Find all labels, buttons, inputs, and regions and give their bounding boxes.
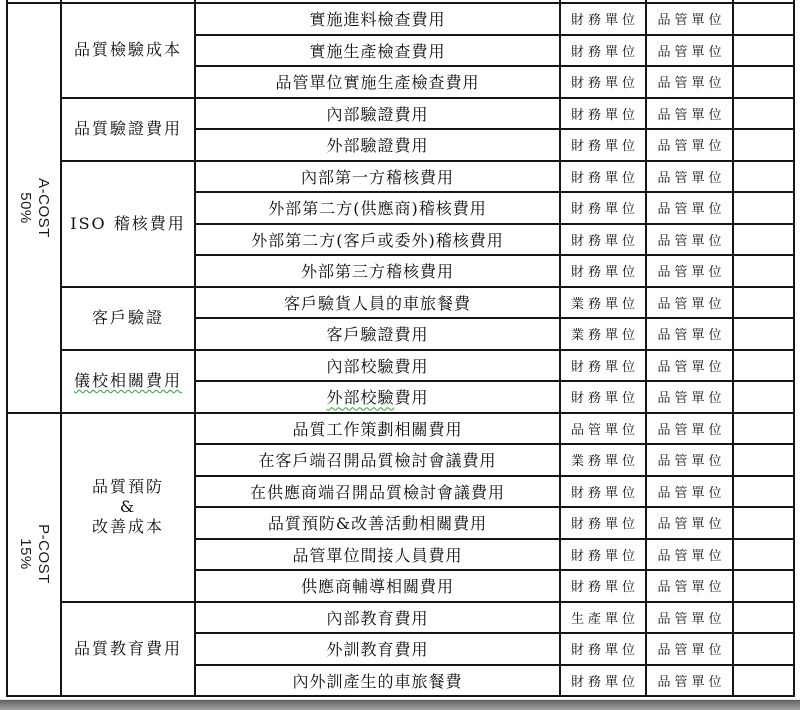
category-label-line: 品質預防 — [62, 477, 194, 497]
remark-cell-empty — [733, 192, 794, 224]
owner-unit-cell: 財務單位 — [560, 35, 646, 67]
cost-item-text: 品管單位間接人員費用 — [292, 546, 462, 565]
verifier-unit-cell: 品管單位 — [646, 192, 733, 224]
verifier-unit-cell: 品管單位 — [646, 665, 733, 697]
remark-cell-empty — [733, 66, 794, 98]
cost-item-text: 內部教育費用 — [326, 609, 428, 628]
window-bottom-edge — [0, 699, 800, 710]
owner-unit-cell: 財務單位 — [560, 633, 646, 665]
verifier-unit-cell: 品管單位 — [646, 539, 733, 571]
group-label-line: 50% — [16, 178, 34, 238]
verifier-unit-cell: 品管單位 — [646, 350, 733, 382]
table-row: 品質驗證費用內部驗證費用財務單位品管單位 — [7, 98, 794, 130]
category-cell: ISO 稽核費用 — [61, 161, 195, 287]
table-row: 儀校相關費用內部校驗費用財務單位品管單位 — [7, 350, 794, 382]
cost-item-text: 實施生產檢查費用 — [309, 42, 445, 61]
remark-cell-empty — [733, 35, 794, 67]
owner-unit-cell: 財務單位 — [560, 507, 646, 539]
category-cell: 儀校相關費用 — [61, 350, 195, 413]
cost-item-cell: 外部第二方(供應商)稽核費用 — [195, 192, 560, 224]
category-cell: 品質驗證費用 — [61, 98, 195, 161]
cost-item-cell: 內部教育費用 — [195, 602, 560, 634]
cost-item-cell: 外部第二方(客戶或委外)稽核費用 — [195, 224, 560, 256]
category-label: 品質驗證費用 — [74, 119, 182, 138]
owner-unit-cell: 財務單位 — [560, 3, 646, 35]
verifier-unit-cell: 品管單位 — [646, 129, 733, 161]
cost-item-text: 外訓教育費用 — [326, 640, 428, 659]
owner-unit-cell: 財務單位 — [560, 192, 646, 224]
owner-unit-cell: 品管單位 — [560, 413, 646, 445]
table-row: ISO 稽核費用內部第一方稽核費用財務單位品管單位 — [7, 161, 794, 193]
verifier-unit-cell: 品管單位 — [646, 35, 733, 67]
verifier-unit-cell: 品管單位 — [646, 287, 733, 319]
cost-item-text: 外部驗證費用 — [326, 136, 428, 155]
cost-item-cell: 外部驗證費用 — [195, 129, 560, 161]
category-label-line: & — [62, 497, 194, 517]
remark-cell-empty — [733, 444, 794, 476]
cost-item-text: 內部驗證費用 — [326, 105, 428, 124]
group-label-rotated: A-COST50% — [16, 178, 52, 238]
owner-unit-cell: 財務單位 — [560, 255, 646, 287]
verifier-unit-cell: 品管單位 — [646, 570, 733, 602]
owner-unit-cell: 財務單位 — [560, 66, 646, 98]
owner-unit-cell: 財務單位 — [560, 129, 646, 161]
remark-cell-empty — [733, 476, 794, 508]
cost-item-text: 外部第二方(客戶或委外)稽核費用 — [251, 231, 504, 250]
remark-cell-empty — [733, 318, 794, 350]
remark-cell-empty — [733, 633, 794, 665]
cost-item-text: 內部校驗費用 — [326, 357, 428, 376]
owner-unit-cell: 業務單位 — [560, 287, 646, 319]
remark-cell-empty — [733, 224, 794, 256]
cost-item-text: 外部第三方稽核費用 — [301, 262, 454, 281]
category-label: 儀校相關費用 — [74, 371, 182, 390]
group-label-cell: P-COST15% — [7, 413, 61, 697]
category-label-line: 改善成本 — [62, 517, 194, 537]
cost-item-cell: 外訓教育費用 — [195, 633, 560, 665]
remark-cell-empty — [733, 129, 794, 161]
table-row: P-COST15%品質預防&改善成本品質工作策劃相關費用品管單位品管單位 — [7, 413, 794, 445]
remark-cell-empty — [733, 3, 794, 35]
cost-item-cell: 品管單位間接人員費用 — [195, 539, 560, 571]
verifier-unit-cell: 品管單位 — [646, 161, 733, 193]
verifier-unit-cell: 品管單位 — [646, 255, 733, 287]
owner-unit-cell: 業務單位 — [560, 318, 646, 350]
verifier-unit-cell: 品管單位 — [646, 476, 733, 508]
verifier-unit-cell: 品管單位 — [646, 98, 733, 130]
cost-item-cell: 內部校驗費用 — [195, 350, 560, 382]
remark-cell-empty — [733, 665, 794, 697]
verifier-unit-cell: 品管單位 — [646, 507, 733, 539]
table-row: 客戶驗證客戶驗貨人員的車旅餐費業務單位品管單位 — [7, 287, 794, 319]
owner-unit-cell: 財務單位 — [560, 665, 646, 697]
owner-unit-cell: 財務單位 — [560, 224, 646, 256]
cost-item-text: 品管單位實施生產檢查費用 — [275, 73, 479, 92]
cost-item-cell: 內部第一方稽核費用 — [195, 161, 560, 193]
category-label: ISO 稽核費用 — [70, 214, 186, 233]
cost-item-text: 品質工作策劃相關費用 — [292, 420, 462, 439]
owner-unit-cell: 生產單位 — [560, 602, 646, 634]
cost-item-cell: 外部校驗費用 — [195, 381, 560, 413]
verifier-unit-cell: 品管單位 — [646, 3, 733, 35]
category-label: 品質教育費用 — [74, 639, 182, 658]
category-cell: 品質預防&改善成本 — [61, 413, 195, 602]
owner-unit-cell: 財務單位 — [560, 381, 646, 413]
group-label-cell: A-COST50% — [7, 3, 61, 413]
cost-item-text: 費用 — [395, 388, 429, 407]
cost-table-body: A-COST50%品質檢驗成本實施進料檢查費用財務單位品管單位實施生產檢查費用財… — [7, 0, 794, 696]
category-label: 客戶驗證 — [92, 308, 164, 327]
owner-unit-cell: 財務單位 — [560, 539, 646, 571]
group-label-line: P-COST — [34, 524, 52, 584]
owner-unit-cell: 財務單位 — [560, 350, 646, 382]
cost-item-cell: 外部第三方稽核費用 — [195, 255, 560, 287]
verifier-unit-cell: 品管單位 — [646, 381, 733, 413]
remark-cell-empty — [733, 570, 794, 602]
verifier-unit-cell: 品管單位 — [646, 602, 733, 634]
verifier-unit-cell: 品管單位 — [646, 444, 733, 476]
remark-cell-empty — [733, 287, 794, 319]
remark-cell-empty — [733, 98, 794, 130]
cost-item-cell: 實施進料檢查費用 — [195, 3, 560, 35]
cost-item-text: 客戶驗證費用 — [326, 325, 428, 344]
category-cell: 品質教育費用 — [61, 602, 195, 697]
remark-cell-empty — [733, 602, 794, 634]
table-row: 品質教育費用內部教育費用生產單位品管單位 — [7, 602, 794, 634]
group-label-line: A-COST — [34, 178, 52, 238]
category-cell: 品質檢驗成本 — [61, 3, 195, 98]
cost-item-cell: 實施生產檢查費用 — [195, 35, 560, 67]
verifier-unit-cell: 品管單位 — [646, 633, 733, 665]
cost-item-cell: 在供應商端召開品質檢討會議費用 — [195, 476, 560, 508]
cost-item-cell: 在客戶端召開品質檢討會議費用 — [195, 444, 560, 476]
cost-item-cell: 客戶驗貨人員的車旅餐費 — [195, 287, 560, 319]
remark-cell-empty — [733, 381, 794, 413]
remark-cell-empty — [733, 507, 794, 539]
group-label-rotated: P-COST15% — [16, 524, 52, 584]
cost-item-text: 供應商輔導相關費用 — [301, 577, 454, 596]
category-cell: 客戶驗證 — [61, 287, 195, 350]
cost-item-cell: 內部驗證費用 — [195, 98, 560, 130]
cost-item-text-spellchecked: 外部校驗 — [326, 388, 394, 407]
cost-item-text: 外部第二方(供應商)稽核費用 — [268, 199, 487, 218]
cost-item-text: 客戶驗貨人員的車旅餐費 — [284, 294, 471, 313]
remark-cell-empty — [733, 413, 794, 445]
quality-cost-table: A-COST50%品質檢驗成本實施進料檢查費用財務單位品管單位實施生產檢查費用財… — [6, 0, 795, 697]
cost-item-text: 在供應商端召開品質檢討會議費用 — [250, 483, 505, 502]
category-label: 品質檢驗成本 — [74, 40, 182, 59]
cost-item-text: 在客戶端召開品質檢討會議費用 — [258, 451, 496, 470]
remark-cell-empty — [733, 350, 794, 382]
cost-item-cell: 品管單位實施生產檢查費用 — [195, 66, 560, 98]
owner-unit-cell: 業務單位 — [560, 444, 646, 476]
cost-item-cell: 內外訓產生的車旅餐費 — [195, 665, 560, 697]
owner-unit-cell: 財務單位 — [560, 476, 646, 508]
cost-table: A-COST50%品質檢驗成本實施進料檢查費用財務單位品管單位實施生產檢查費用財… — [6, 0, 795, 697]
owner-unit-cell: 財務單位 — [560, 570, 646, 602]
table-row: A-COST50%品質檢驗成本實施進料檢查費用財務單位品管單位 — [7, 3, 794, 35]
remark-cell-empty — [733, 255, 794, 287]
remark-cell-empty — [733, 539, 794, 571]
owner-unit-cell: 財務單位 — [560, 161, 646, 193]
cost-item-cell: 品質預防&改善活動相關費用 — [195, 507, 560, 539]
verifier-unit-cell: 品管單位 — [646, 224, 733, 256]
cost-item-text: 實施進料檢查費用 — [309, 10, 445, 29]
verifier-unit-cell: 品管單位 — [646, 318, 733, 350]
cost-item-cell: 供應商輔導相關費用 — [195, 570, 560, 602]
verifier-unit-cell: 品管單位 — [646, 66, 733, 98]
group-label-line: 15% — [16, 524, 34, 584]
verifier-unit-cell: 品管單位 — [646, 413, 733, 445]
cost-item-cell: 品質工作策劃相關費用 — [195, 413, 560, 445]
owner-unit-cell: 財務單位 — [560, 98, 646, 130]
cost-item-cell: 客戶驗證費用 — [195, 318, 560, 350]
cost-item-text: 內外訓產生的車旅餐費 — [292, 672, 462, 691]
remark-cell-empty — [733, 161, 794, 193]
cost-item-text: 品質預防&改善活動相關費用 — [268, 514, 487, 533]
cost-item-text: 內部第一方稽核費用 — [301, 168, 454, 187]
